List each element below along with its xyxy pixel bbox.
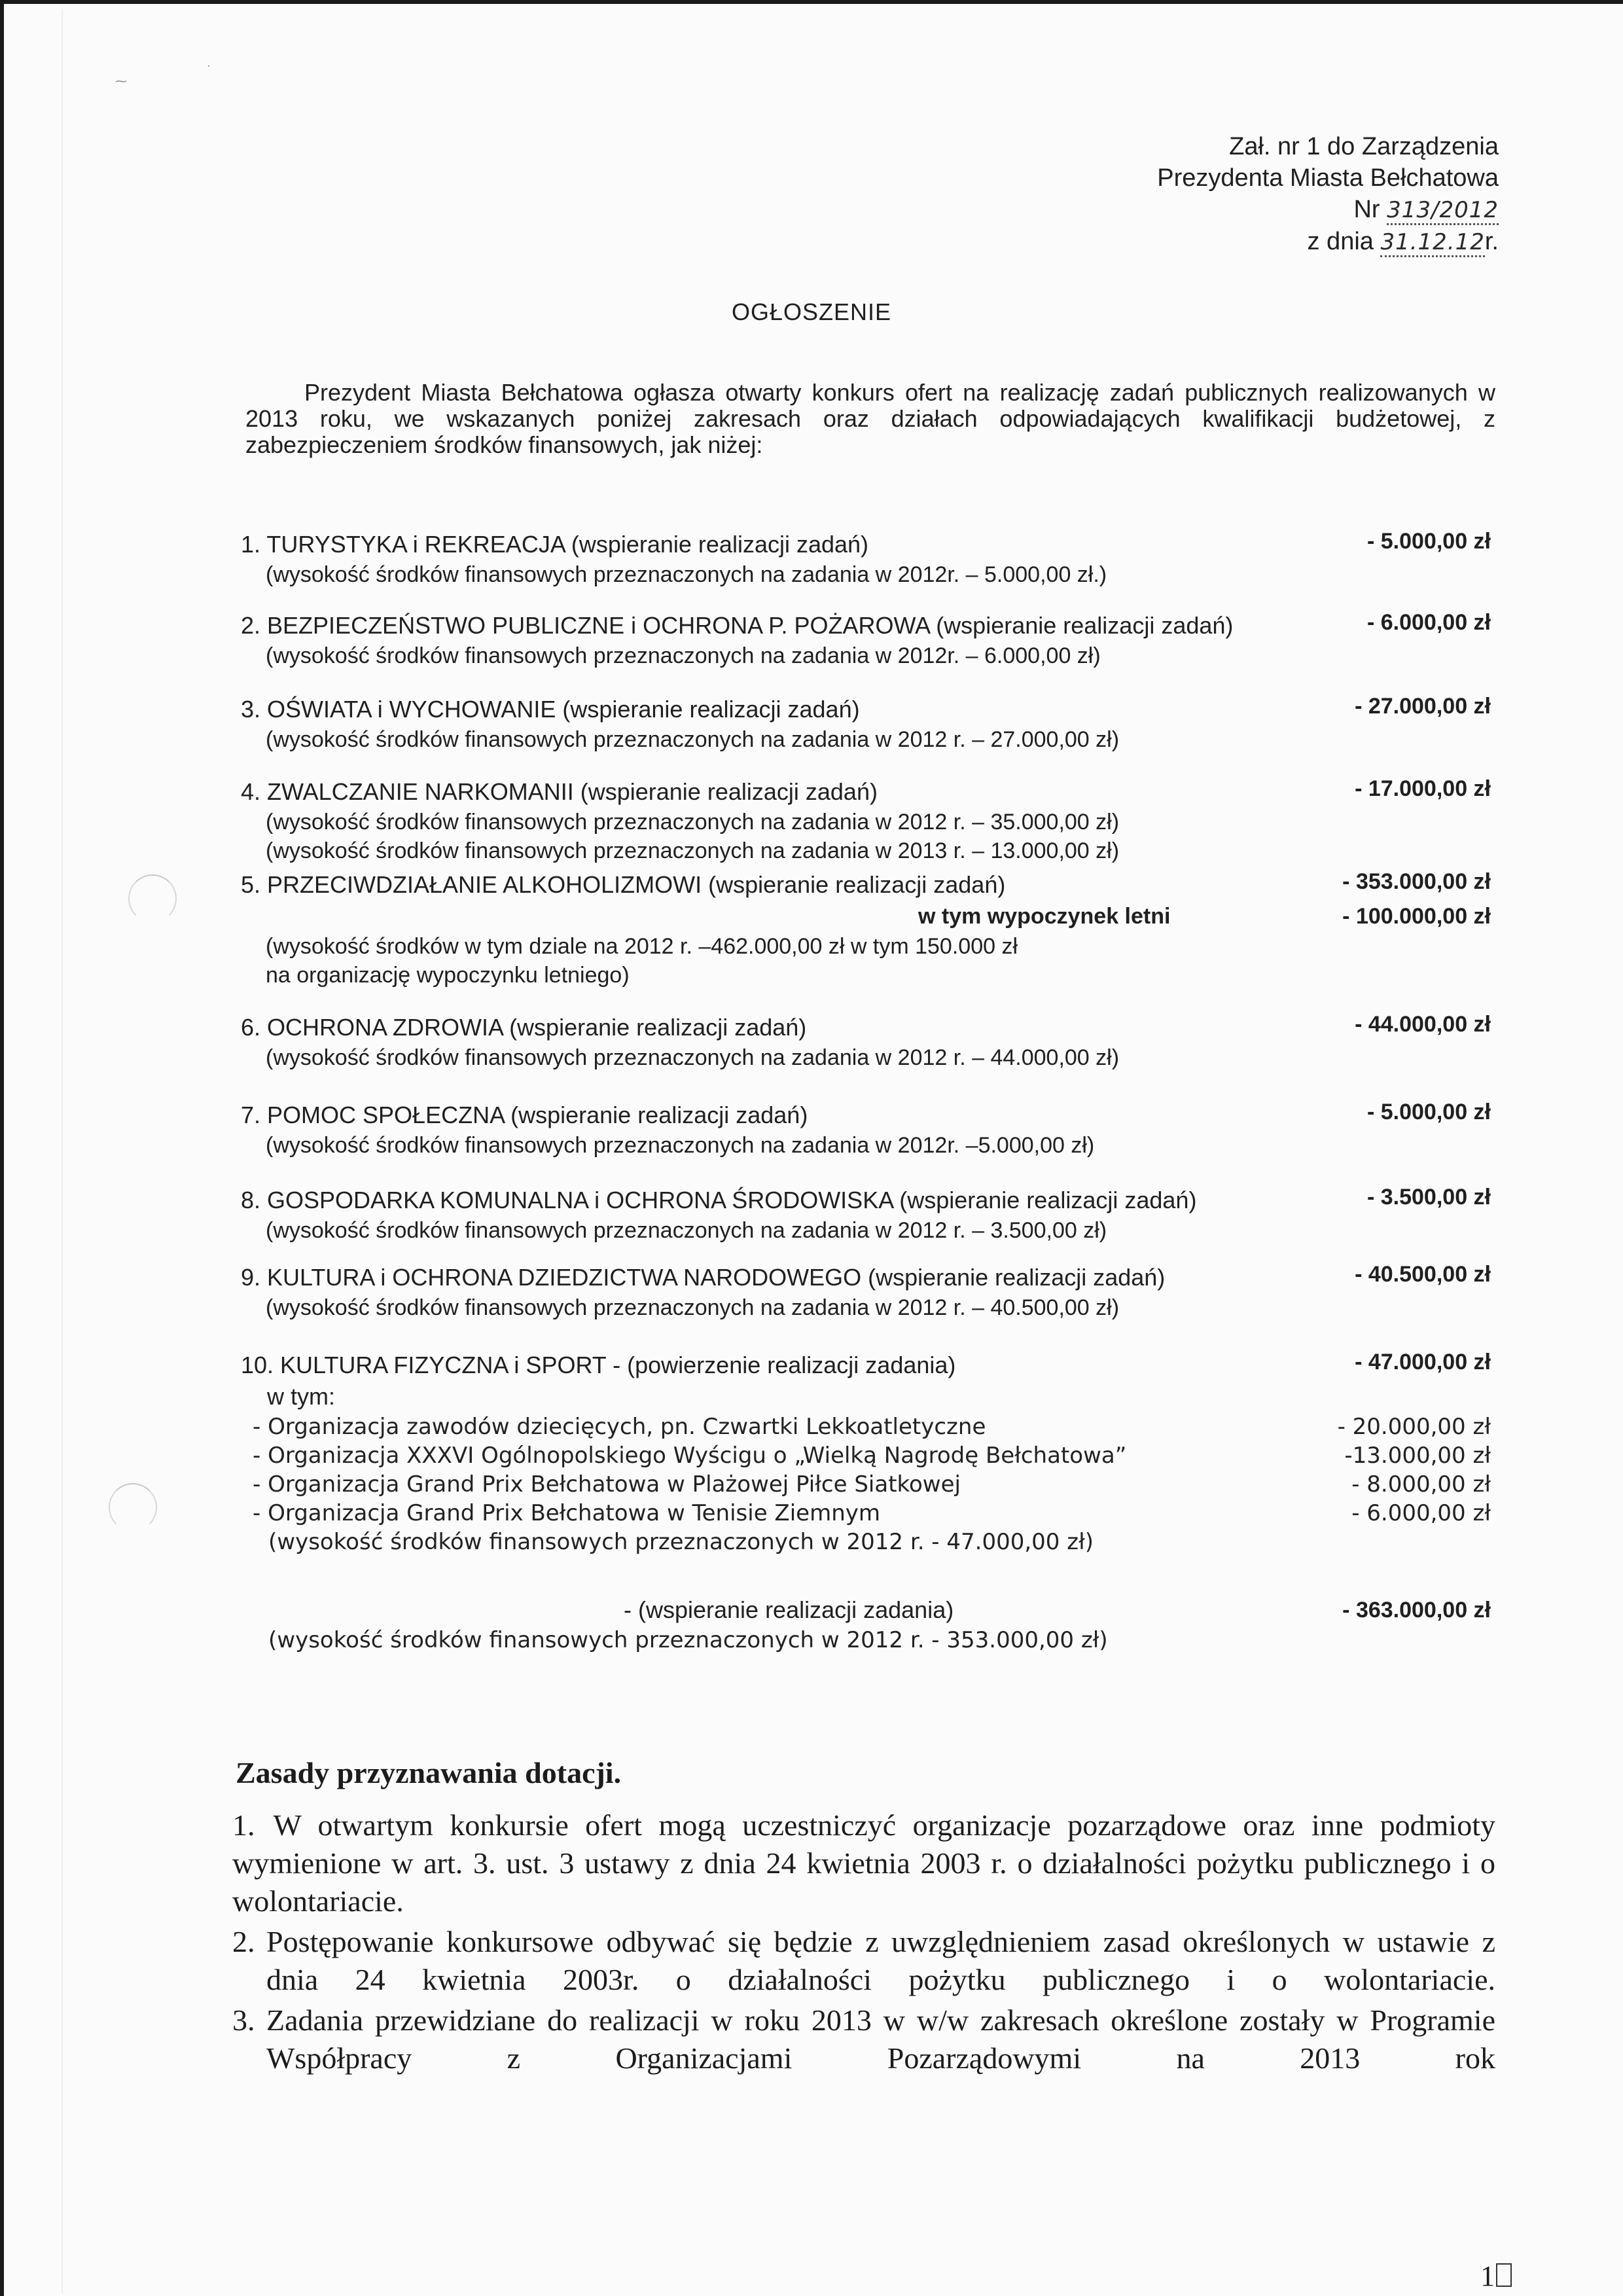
task-amount: - 353.000,00 zł — [1342, 869, 1491, 895]
task-number: 10. — [241, 1352, 280, 1378]
subtask-row: - Organizacja XXXVI Ogólnopolskiego Wyśc… — [241, 1441, 1491, 1470]
task-item: 5. PRZECIWDZIAŁANIE ALKOHOLIZMOWI (wspie… — [241, 869, 1491, 990]
task-name: GOSPODARKA KOMUNALNA i OCHRONA ŚRODOWISK… — [267, 1187, 899, 1213]
task-heading: 2. BEZPIECZEŃSTWO PUBLICZNE i OCHRONA P.… — [241, 610, 1491, 641]
task-note: (wysokość środków finansowych przeznaczo… — [241, 1216, 1491, 1245]
task-mode: (wspieranie realizacji zadań) — [510, 1102, 808, 1128]
scan-speck: · — [207, 59, 211, 73]
task-number: 9. — [241, 1264, 267, 1291]
scan-speck: ⁓ — [115, 75, 127, 88]
task-number: 1. — [241, 531, 266, 558]
rule-text: Zadania przewidziane do realizacji w rok… — [266, 2003, 1495, 2075]
rule-item: 2.Postępowanie konkursowe odbywać się bę… — [232, 1923, 1495, 1999]
task-item: 10. KULTURA FIZYCZNA i SPORT - (powierze… — [241, 1350, 1491, 1655]
task-in-which: w tym: — [241, 1381, 1491, 1412]
task-name: OŚWIATA i WYCHOWANIE — [267, 696, 562, 723]
task-amount: - 5.000,00 zł — [1367, 529, 1491, 554]
task-extra-amount: - 363.000,00 zł — [1342, 1594, 1491, 1626]
task-heading: 5. PRZECIWDZIAŁANIE ALKOHOLIZMOWI (wspie… — [241, 869, 1491, 901]
task-note: (wysokość środków finansowych przeznaczo… — [241, 1293, 1491, 1322]
task-note: (wysokość środków finansowych przeznaczo… — [241, 725, 1491, 754]
subtask-row: - Organizacja Grand Prix Bełchatowa w Pl… — [241, 1470, 1491, 1499]
task-heading: 3. OŚWIATA i WYCHOWANIE (wspieranie real… — [241, 694, 1491, 725]
task-heading: 4. ZWALCZANIE NARKOMANII (wspieranie rea… — [241, 776, 1491, 808]
intro-paragraph: Prezydent Miasta Bełchatowa ogłasza otwa… — [245, 380, 1495, 458]
task-amount: - 40.500,00 zł — [1355, 1262, 1491, 1287]
task-item: 2. BEZPIECZEŃSTWO PUBLICZNE i OCHRONA P.… — [241, 610, 1491, 670]
rule-text: W otwartym konkursie ofert mogą uczestni… — [232, 1808, 1495, 1918]
scan-fold-line — [62, 9, 63, 2293]
subtask-amount: - 20.000,00 zł — [1338, 1412, 1491, 1441]
task-heading: 1. TURYSTYKA i REKREACJA (wspieranie rea… — [241, 529, 1491, 560]
task-name: ZWALCZANIE NARKOMANII — [267, 778, 580, 805]
task-name: KULTURA i OCHRONA DZIEDZICTWA NARODOWEGO — [267, 1264, 868, 1291]
task-item: 9. KULTURA i OCHRONA DZIEDZICTWA NARODOW… — [241, 1262, 1491, 1322]
task-note: (wysokość środków finansowych przeznaczo… — [241, 808, 1491, 836]
rule-number: 2. — [232, 1923, 255, 1961]
task-item: 4. ZWALCZANIE NARKOMANII (wspieranie rea… — [241, 776, 1491, 865]
handwritten-number: 313/2012 — [1387, 197, 1499, 225]
task-item: 8. GOSPODARKA KOMUNALNA i OCHRONA ŚRODOW… — [241, 1185, 1491, 1245]
page-number: 1 — [1480, 2259, 1512, 2293]
rule-text: Postępowanie konkursowe odbywać się będz… — [266, 1925, 1495, 1996]
header-date: z dnia 31.12.12r. — [1157, 226, 1499, 258]
task-extra-mode: - (wspieranie realizacji zadania) — [624, 1596, 954, 1623]
subtask-label: - Organizacja Grand Prix Bełchatowa w Pl… — [253, 1471, 961, 1498]
task-note: (wysokość środków finansowych przeznaczo… — [241, 1131, 1491, 1160]
header-line-1: Zał. nr 1 do Zarządzenia — [1157, 131, 1499, 162]
task-amount: - 5.000,00 zł — [1367, 1100, 1491, 1125]
task-mode: (wspieranie realizacji zadań) — [868, 1264, 1165, 1291]
task-mode: - (powierzenie realizacji zadania) — [613, 1352, 955, 1378]
task-amount: - 44.000,00 zł — [1355, 1012, 1491, 1037]
task-extra: - (wspieranie realizacji zadania)- 363.0… — [241, 1594, 1491, 1626]
subtask-amount: - 6.000,00 zł — [1351, 1499, 1491, 1528]
punch-hole-mark — [109, 1483, 157, 1532]
subtask-row: - Organizacja zawodów dziecięcych, pn. C… — [241, 1412, 1491, 1441]
task-name: POMOC SPOŁECZNA — [267, 1102, 510, 1128]
subtask-label: - Organizacja XXXVI Ogólnopolskiego Wyśc… — [253, 1443, 1126, 1469]
subtask-label: - Organizacja Grand Prix Bełchatowa w Te… — [253, 1500, 880, 1526]
task-amount: - 3.500,00 zł — [1367, 1185, 1491, 1210]
task-amount: - 17.000,00 zł — [1355, 776, 1491, 802]
task-note: (wysokość środków w tym dziale na 2012 r… — [241, 932, 1491, 961]
task-mode: (wspieranie realizacji zadań) — [562, 696, 859, 723]
rule-number: 3. — [232, 2001, 255, 2039]
punch-hole-mark — [128, 874, 177, 923]
task-name: OCHRONA ZDROWIA — [267, 1014, 509, 1041]
task-note: (wysokość środków finansowych przeznaczo… — [241, 1528, 1491, 1556]
task-number: 2. — [241, 612, 267, 639]
task-item: 7. POMOC SPOŁECZNA (wspieranie realizacj… — [241, 1100, 1491, 1160]
rule-item: 1.W otwartym konkursie ofert mogą uczest… — [232, 1806, 1495, 1920]
task-item: 6. OCHRONA ZDROWIA (wspieranie realizacj… — [241, 1012, 1491, 1072]
task-note: (wysokość środków finansowych przeznaczo… — [241, 560, 1491, 589]
subtask-amount: -13.000,00 zł — [1344, 1441, 1491, 1470]
task-number: 5. — [241, 871, 267, 898]
task-mode: (wspieranie realizacji zadań) — [899, 1187, 1196, 1213]
task-item: 1. TURYSTYKA i REKREACJA (wspieranie rea… — [241, 529, 1491, 589]
handwritten-date: 31.12.12 — [1380, 229, 1484, 257]
task-mode: (wspieranie realizacji zadań) — [708, 871, 1005, 898]
task-amount: - 47.000,00 zł — [1355, 1350, 1491, 1375]
page-number-box-glyph — [1496, 2263, 1512, 2287]
task-note: (wysokość środków finansowych przeznaczo… — [241, 1043, 1491, 1072]
task-note: (wysokość środków finansowych przeznaczo… — [241, 641, 1491, 670]
task-mode: (wspieranie realizacji zadań) — [936, 612, 1233, 639]
task-name: PRZECIWDZIAŁANIE ALKOHOLIZMOWI — [267, 871, 708, 898]
task-note: na organizację wypoczynku letniego) — [241, 961, 1491, 990]
task-amount: - 6.000,00 zł — [1367, 610, 1491, 636]
task-item: 3. OŚWIATA i WYCHOWANIE (wspieranie real… — [241, 694, 1491, 754]
task-note: (wysokość środków finansowych przeznaczo… — [241, 836, 1491, 865]
subtask-amount: - 8.000,00 zł — [1351, 1470, 1491, 1499]
subtask-row: - Organizacja Grand Prix Bełchatowa w Te… — [241, 1499, 1491, 1528]
task-heading: 10. KULTURA FIZYCZNA i SPORT - (powierze… — [241, 1350, 1491, 1381]
task-subline: w tym wypoczynek letni- 100.000,00 zł — [241, 901, 1491, 932]
rule-item: 3.Zadania przewidziane do realizacji w r… — [232, 2001, 1495, 2077]
task-heading: 9. KULTURA i OCHRONA DZIEDZICTWA NARODOW… — [241, 1262, 1491, 1293]
task-number: 8. — [241, 1187, 267, 1213]
subtask-label: - Organizacja zawodów dziecięcych, pn. C… — [253, 1414, 986, 1440]
rule-number: 1. — [232, 1808, 255, 1842]
page-title: OGŁOSZENIE — [0, 298, 1623, 326]
task-heading: 8. GOSPODARKA KOMUNALNA i OCHRONA ŚRODOW… — [241, 1185, 1491, 1216]
section-title: Zasady przyznawania dotacji. — [236, 1755, 621, 1790]
task-mode: (wspieranie realizacji zadań) — [580, 778, 878, 805]
task-number: 7. — [241, 1102, 267, 1128]
task-heading: 7. POMOC SPOŁECZNA (wspieranie realizacj… — [241, 1100, 1491, 1131]
task-name: BEZPIECZEŃSTWO PUBLICZNE i OCHRONA P. PO… — [267, 612, 936, 639]
task-mode: (wspieranie realizacji zadań) — [509, 1014, 806, 1041]
header-line-2: Prezydenta Miasta Bełchatowa — [1157, 162, 1499, 194]
task-name: TURYSTYKA i REKREACJA — [266, 531, 571, 558]
attachment-header: Zał. nr 1 do Zarządzenia Prezydenta Mias… — [1157, 131, 1499, 258]
task-subline-amount: - 100.000,00 zł — [1342, 901, 1491, 932]
task-number: 6. — [241, 1014, 267, 1041]
task-amount: - 27.000,00 zł — [1355, 694, 1491, 719]
task-heading: 6. OCHRONA ZDROWIA (wspieranie realizacj… — [241, 1012, 1491, 1043]
task-number: 3. — [241, 696, 267, 723]
task-subline-label: w tym wypoczynek letni — [918, 904, 1170, 929]
task-number: 4. — [241, 778, 267, 805]
rules-list: 1.W otwartym konkursie ofert mogą uczest… — [232, 1806, 1495, 2080]
task-note: (wysokość środków finansowych przeznaczo… — [241, 1626, 1491, 1655]
header-number: Nr 313/2012 — [1157, 194, 1499, 226]
task-mode: (wspieranie realizacji zadań) — [571, 531, 868, 558]
task-name: KULTURA FIZYCZNA i SPORT — [280, 1352, 613, 1378]
